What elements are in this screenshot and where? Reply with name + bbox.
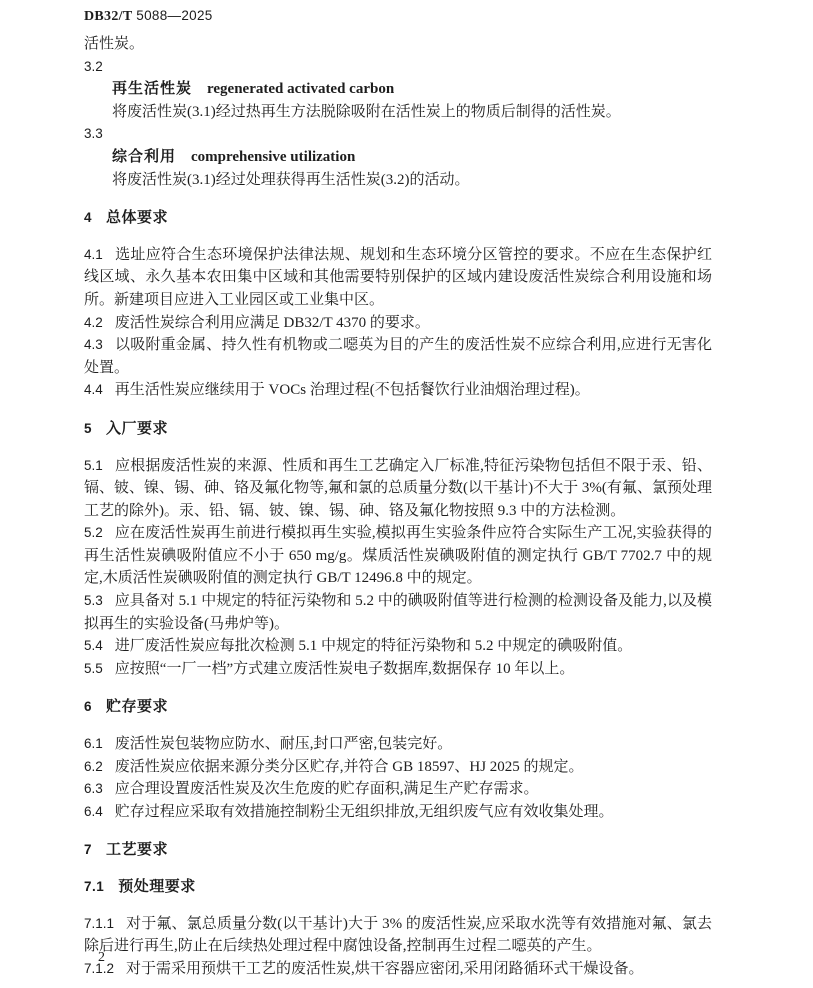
clause-number: 4.3 bbox=[84, 337, 103, 352]
term-number: 3.2 bbox=[84, 56, 712, 79]
page-number: 2 bbox=[98, 950, 105, 966]
term-title-zh: 再生活性炭 bbox=[112, 80, 192, 97]
standard-code-prefix: DB32/T bbox=[84, 9, 132, 24]
clause-text: 废活性炭包装物应防水、耐压,封口严密,包装完好。 bbox=[115, 736, 453, 752]
heading-title: 贮存要求 bbox=[106, 698, 168, 715]
section-heading: 5入厂要求 bbox=[84, 418, 712, 441]
clause-paragraph: 5.2应在废活性炭再生前进行模拟再生实验,模拟再生实验条件应符合实际生产工况,实… bbox=[84, 522, 712, 590]
clause-text: 应按照“一厂一档”方式建立废活性炭电子数据库,数据保存 10 年以上。 bbox=[115, 661, 575, 677]
term-title-zh: 综合利用 bbox=[112, 148, 176, 165]
clause-text: 选址应符合生态环境保护法律法规、规划和生态环境分区管控的要求。不应在生态保护红线… bbox=[84, 247, 712, 308]
heading-number: 7 bbox=[84, 842, 92, 857]
clause-text: 贮存过程应采取有效措施控制粉尘无组织排放,无组织废气应有效收集处理。 bbox=[115, 804, 614, 820]
heading-title: 入厂要求 bbox=[106, 420, 168, 437]
heading-title: 工艺要求 bbox=[106, 841, 168, 858]
document-body: 活性炭。3.2再生活性炭regenerated activated carbon… bbox=[84, 33, 712, 980]
section-heading: 7工艺要求 bbox=[84, 839, 712, 862]
heading-number: 5 bbox=[84, 421, 92, 436]
standard-code-header: DB32/T 5088—2025 bbox=[84, 8, 213, 25]
clause-number: 5.2 bbox=[84, 525, 103, 540]
standard-code-number: 5088—2025 bbox=[136, 8, 212, 23]
section-heading: 7.1预处理要求 bbox=[84, 876, 712, 899]
clause-text: 废活性炭应依据来源分类分区贮存,并符合 GB 18597、HJ 2025 的规定… bbox=[115, 759, 584, 775]
paragraph-text: 活性炭。 bbox=[84, 36, 144, 52]
section-heading: 6贮存要求 bbox=[84, 696, 712, 719]
heading-number: 6 bbox=[84, 699, 92, 714]
clause-text: 应合理设置废活性炭及次生危废的贮存面积,满足生产贮存需求。 bbox=[115, 781, 539, 797]
term-definition: 将废活性炭(3.1)经过热再生方法脱除吸附在活性炭上的物质后制得的活性炭。 bbox=[84, 101, 712, 124]
clause-number: 6.1 bbox=[84, 736, 103, 751]
clause-paragraph: 5.4进厂废活性炭应每批次检测 5.1 中规定的特征污染物和 5.2 中规定的碘… bbox=[84, 635, 712, 658]
clause-paragraph: 4.3以吸附重金属、持久性有机物或二噁英为目的产生的废活性炭不应综合利用,应进行… bbox=[84, 334, 712, 379]
clause-text: 废活性炭综合利用应满足 DB32/T 4370 的要求。 bbox=[115, 315, 430, 331]
term-definition-text: 将废活性炭(3.1)经过处理获得再生活性炭(3.2)的活动。 bbox=[112, 172, 469, 188]
term-number: 3.3 bbox=[84, 123, 712, 146]
clause-number: 5.1 bbox=[84, 458, 103, 473]
clause-paragraph: 7.1.1对于氟、氯总质量分数(以干基计)大于 3% 的废活性炭,应采取水洗等有… bbox=[84, 913, 712, 958]
clause-number: 5.5 bbox=[84, 661, 103, 676]
term-title: 综合利用comprehensive utilization bbox=[84, 146, 712, 169]
clause-number: 4.2 bbox=[84, 315, 103, 330]
clause-number: 4.1 bbox=[84, 247, 103, 262]
term-title-en: comprehensive utilization bbox=[191, 149, 355, 165]
clause-number: 5.3 bbox=[84, 593, 103, 608]
clause-number: 6.3 bbox=[84, 781, 103, 796]
heading-title: 预处理要求 bbox=[118, 878, 196, 895]
clause-number: 5.4 bbox=[84, 638, 103, 653]
document-page: DB32/T 5088—2025 活性炭。3.2再生活性炭regenerated… bbox=[0, 0, 813, 988]
clause-text: 应根据废活性炭的来源、性质和再生工艺确定入厂标准,特征污染物包括但不限于汞、铅、… bbox=[84, 458, 712, 519]
clause-paragraph: 4.2废活性炭综合利用应满足 DB32/T 4370 的要求。 bbox=[84, 312, 712, 335]
clause-paragraph: 4.4再生活性炭应继续用于 VOCs 治理过程(不包括餐饮行业油烟治理过程)。 bbox=[84, 379, 712, 402]
term-number-text: 3.2 bbox=[84, 59, 103, 74]
clause-text: 应在废活性炭再生前进行模拟再生实验,模拟再生实验条件应符合实际生产工况,实验获得… bbox=[84, 525, 712, 586]
heading-title: 总体要求 bbox=[106, 209, 168, 226]
clause-paragraph: 7.1.2对于需采用预烘干工艺的废活性炭,烘干容器应密闭,采用闭路循环式干燥设备… bbox=[84, 958, 712, 981]
clause-paragraph: 6.3应合理设置废活性炭及次生危废的贮存面积,满足生产贮存需求。 bbox=[84, 778, 712, 801]
heading-number: 7.1 bbox=[84, 879, 104, 894]
clause-number: 7.1.1 bbox=[84, 916, 114, 931]
clause-paragraph: 6.4贮存过程应采取有效措施控制粉尘无组织排放,无组织废气应有效收集处理。 bbox=[84, 801, 712, 824]
term-title: 再生活性炭regenerated activated carbon bbox=[84, 78, 712, 101]
heading-number: 4 bbox=[84, 210, 92, 225]
clause-text: 进厂废活性炭应每批次检测 5.1 中规定的特征污染物和 5.2 中规定的碘吸附值… bbox=[115, 638, 633, 654]
clause-paragraph: 5.1应根据废活性炭的来源、性质和再生工艺确定入厂标准,特征污染物包括但不限于汞… bbox=[84, 455, 712, 523]
clause-paragraph: 6.2废活性炭应依据来源分类分区贮存,并符合 GB 18597、HJ 2025 … bbox=[84, 756, 712, 779]
body-paragraph: 活性炭。 bbox=[84, 33, 712, 56]
term-number-text: 3.3 bbox=[84, 126, 103, 141]
clause-number: 6.2 bbox=[84, 759, 103, 774]
term-title-en: regenerated activated carbon bbox=[207, 81, 394, 97]
section-heading: 4总体要求 bbox=[84, 207, 712, 230]
clause-paragraph: 5.5应按照“一厂一档”方式建立废活性炭电子数据库,数据保存 10 年以上。 bbox=[84, 658, 712, 681]
term-definition: 将废活性炭(3.1)经过处理获得再生活性炭(3.2)的活动。 bbox=[84, 169, 712, 192]
clause-text: 对于氟、氯总质量分数(以干基计)大于 3% 的废活性炭,应采取水洗等有效措施对氟… bbox=[84, 916, 712, 955]
term-definition-text: 将废活性炭(3.1)经过热再生方法脱除吸附在活性炭上的物质后制得的活性炭。 bbox=[112, 104, 621, 120]
clause-number: 6.4 bbox=[84, 804, 103, 819]
clause-number: 4.4 bbox=[84, 382, 103, 397]
clause-paragraph: 4.1选址应符合生态环境保护法律法规、规划和生态环境分区管控的要求。不应在生态保… bbox=[84, 244, 712, 312]
clause-text: 应具备对 5.1 中规定的特征污染物和 5.2 中的碘吸附值等进行检测的检测设备… bbox=[84, 593, 712, 632]
clause-text: 再生活性炭应继续用于 VOCs 治理过程(不包括餐饮行业油烟治理过程)。 bbox=[115, 382, 590, 398]
clause-paragraph: 5.3应具备对 5.1 中规定的特征污染物和 5.2 中的碘吸附值等进行检测的检… bbox=[84, 590, 712, 635]
clause-paragraph: 6.1废活性炭包装物应防水、耐压,封口严密,包装完好。 bbox=[84, 733, 712, 756]
clause-text: 以吸附重金属、持久性有机物或二噁英为目的产生的废活性炭不应综合利用,应进行无害化… bbox=[84, 337, 712, 376]
clause-text: 对于需采用预烘干工艺的废活性炭,烘干容器应密闭,采用闭路循环式干燥设备。 bbox=[126, 961, 644, 977]
